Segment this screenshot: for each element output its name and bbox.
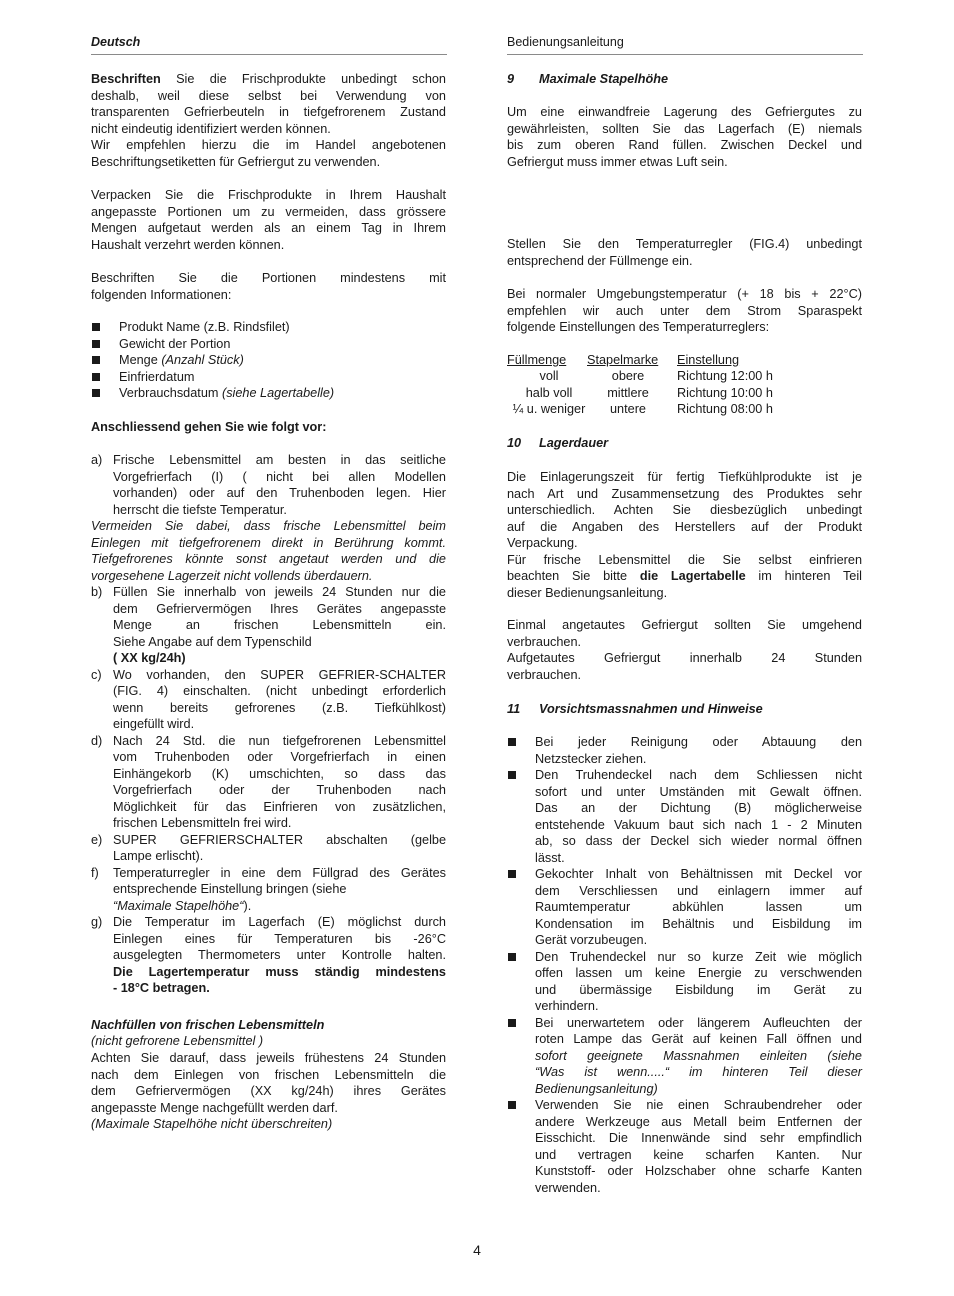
section-title: Lagerdauer: [539, 435, 608, 452]
table-cell: ¼ u. weniger: [507, 401, 591, 418]
section-10-paragraph: beachten Sie bitte die Lagertabelle im h…: [507, 568, 862, 585]
settings-table-header: FüllmengeStapelmarkeEinstellung: [507, 352, 862, 369]
header-rule-left: [91, 54, 447, 55]
step-c: wenn bereits gefrorenes (z.B. Tiefkühlko…: [91, 700, 446, 717]
precaution-text: und übermässige Eisbildung im Gerät zu: [535, 982, 862, 999]
section-9-recommendation: folgende Einstellungen des Temperaturreg…: [507, 319, 862, 336]
step-c: eingefüllt wird.: [91, 716, 446, 733]
table-cell: voll: [507, 368, 591, 385]
precaution-item: Den Truhendeckel nach dem Schliessen nic…: [507, 767, 862, 784]
table-cell: Richtung 08:00 h: [677, 401, 773, 418]
precaution-item: Bei unerwartetem oder längerem Aufleucht…: [507, 1015, 862, 1032]
step-e-text: SUPER GEFRIERSCHALTER abschalten (gelbe: [113, 832, 446, 849]
refill-paragraph: nach dem Einlegen von frischen Lebensmit…: [91, 1067, 446, 1084]
paragraph-labeling: transparenten Gefrierbeuteln in tiefgefr…: [91, 104, 446, 121]
step-a: vorhanden) oder auf den Truhenboden lege…: [91, 485, 446, 502]
step-g-requirement: - 18°C betragen.: [91, 980, 446, 997]
step-a-text: Vorgefrierfach (I) ( nicht bei allen Mod…: [113, 469, 446, 486]
section-10-paragraph: nach Art und Zusammensetzung des Produkt…: [507, 486, 862, 503]
precaution-text: verhindern.: [535, 998, 862, 1015]
section-10-thawed: verbrauchen.: [507, 634, 862, 651]
settings-table-row: ¼ u. wenigeruntereRichtung 08:00 h: [507, 401, 862, 418]
precaution-text: dem Verschliessen und einlagern immer au…: [535, 883, 862, 900]
paragraph-packaging: Verpacken Sie die Frischprodukte in Ihre…: [91, 187, 446, 204]
precaution-text: roten Lampe das Gerät auf keinen Fall öf…: [535, 1031, 862, 1048]
paragraph-labeling: nicht eindeutig identifiziert werden kön…: [91, 121, 446, 138]
precaution-item: Verwenden Sie nie einen Schraubendreher …: [507, 1097, 862, 1114]
settings-table-row: vollobereRichtung 12:00 h: [507, 368, 862, 385]
precaution-item: Bedienungsanleitung): [507, 1081, 862, 1098]
step-g-requirement: Die Lagertemperatur muss ständig mindest…: [91, 964, 446, 981]
section-9-thermostat: Stellen Sie den Temperaturregler (FIG.4)…: [507, 236, 862, 253]
step-f-text: Temperaturregler in eine dem Füllgrad de…: [113, 865, 446, 882]
precaution-item: Gerät vorzubeugen.: [507, 932, 862, 949]
section-10-paragraph: Für frische Lebensmittel die Sie selbst …: [507, 552, 862, 569]
steps-heading: Anschliessend gehen Sie wie folgt vor:: [91, 419, 446, 436]
step-d: vom Truhenboden oder Vorgefrierfach in e…: [91, 749, 446, 766]
storage-temperature-requirement: Die Lagertemperatur muss ständig mindest…: [113, 964, 446, 981]
text-run: Sie die Frischprodukte unbedingt schon: [161, 72, 446, 86]
table-cell: Richtung 12:00 h: [677, 368, 773, 385]
paragraph-labeling: deshalb, weil diese selbst bei Verwendun…: [91, 88, 446, 105]
bullet-italic: (siehe Lagertabelle): [222, 386, 334, 400]
step-a-note: Vermeiden Sie dabei, dass frische Lebens…: [91, 518, 446, 535]
precaution-item: sofort geeignete Massnahmen einleiten (s…: [507, 1048, 862, 1065]
paragraph-labeling: Wir empfehlen hierzu die im Handel angeb…: [91, 137, 446, 154]
step-d-text: frischen Lebensmitteln frei wird.: [113, 815, 446, 832]
paragraph-packaging: angepasste Portionen um zu vermeiden, da…: [91, 204, 446, 221]
bullet-list-item: Menge (Anzahl Stück): [91, 352, 446, 369]
step-d-text: Nach 24 Std. die nun tiefgefrorenen Lebe…: [113, 733, 446, 750]
section-9-recommendation: empfehlen wir auch unter dem Strom Spara…: [507, 303, 862, 320]
precaution-text: offen lassen um keine Energie zu verschw…: [535, 965, 862, 982]
precaution-item: Kondensation im Behältnis und Eisbildung…: [507, 916, 862, 933]
precaution-item: roten Lampe das Gerät auf keinen Fall öf…: [507, 1031, 862, 1048]
bullet-text: Einfrierdatum: [119, 369, 446, 386]
section-number: 10: [507, 436, 521, 450]
precaution-text: Raumtemperatur abkühlen lassen um: [535, 899, 862, 916]
section-9-thermostat: entsprechend der Füllmenge ein.: [507, 253, 862, 270]
table-header-cell: Stapelmarke: [587, 352, 658, 369]
section-10-paragraph: auf die Angaben des Herstellers auf der …: [507, 519, 862, 536]
step-d: frischen Lebensmitteln frei wird.: [91, 815, 446, 832]
refill-heading: Nachfüllen von frischen Lebensmitteln: [91, 1017, 446, 1034]
bullet-list-item: Verbrauchsdatum (siehe Lagertabelle): [91, 385, 446, 402]
step-a: herrscht die tiefste Temperatur.: [91, 502, 446, 519]
precaution-item: Gekochter Inhalt von Behältnissen mit De…: [507, 866, 862, 883]
step-e: Lampe erlischt).: [91, 848, 446, 865]
refill-note: (Maximale Stapelhöhe nicht überschreiten…: [91, 1116, 446, 1133]
precaution-text: Gekochter Inhalt von Behältnissen mit De…: [535, 866, 862, 883]
refill-subheading: (nicht gefrorene Lebensmittel ): [91, 1033, 446, 1050]
precaution-text: Eisschicht. Die Innenwände sind sehr emp…: [535, 1130, 862, 1147]
step-d: d)Nach 24 Std. die nun tiefgefrorenen Le…: [91, 733, 446, 750]
step-a-note: Einlegen mit tiefgefrorenem direkt in Be…: [91, 535, 446, 552]
step-c-text: wenn bereits gefrorenes (z.B. Tiefkühlko…: [113, 700, 446, 717]
bullet-text: Gewicht der Portion: [119, 336, 446, 353]
step-a-text: vorhanden) oder auf den Truhenboden lege…: [113, 485, 446, 502]
step-label: b): [91, 584, 102, 601]
precaution-text: Verwenden Sie nie einen Schraubendreher …: [535, 1097, 862, 1114]
precaution-item: Raumtemperatur abkühlen lassen um: [507, 899, 862, 916]
step-f: f)Temperaturregler in eine dem Füllgrad …: [91, 865, 446, 882]
section-number: 9: [507, 72, 514, 86]
square-bullet-icon: [508, 738, 516, 746]
section-title: Vorsichtsmassnahmen und Hinweise: [539, 701, 763, 718]
precaution-text: sofort geeignete Massnahmen einleiten (s…: [535, 1048, 862, 1065]
precaution-text: Gerät vorzubeugen.: [535, 932, 862, 949]
table-cell: Richtung 10:00 h: [677, 385, 773, 402]
precaution-item: Den Truhendeckel nur so kurze Zeit wie m…: [507, 949, 862, 966]
capacity-value: ( XX kg/24h): [113, 650, 446, 667]
paragraph-portions: Beschriften Sie die Portionen mindestens…: [91, 270, 446, 287]
precaution-text: andere Werkzeuge aus Metall beim Entfern…: [535, 1114, 862, 1131]
bullet-list-item: Gewicht der Portion: [91, 336, 446, 353]
step-label: d): [91, 733, 102, 750]
step-b-text: Menge an frischen Lebensmitteln ein.: [113, 617, 446, 634]
step-c-text: (FIG. 4) einschalten. (nicht unbedingt e…: [113, 683, 446, 700]
step-a: Vorgefrierfach (I) ( nicht bei allen Mod…: [91, 469, 446, 486]
step-d: Einhängekorb (K) umschichten, so dass da…: [91, 766, 446, 783]
section-9-heading: 9Maximale Stapelhöhe: [507, 71, 862, 88]
precaution-item: lässt.: [507, 850, 862, 867]
section-10-thawed: Aufgetautes Gefriergut innerhalb 24 Stun…: [507, 650, 862, 667]
header-manual-title: Bedienungsanleitung: [507, 35, 624, 49]
step-d: Vorgefrierfach oder der Truhenboden nach: [91, 782, 446, 799]
paragraph-packaging: Mengen aufgetaut werden als an einem Tag…: [91, 220, 446, 237]
step-c: (FIG. 4) einschalten. (nicht unbedingt e…: [91, 683, 446, 700]
step-a-note: Tiefgefrorenes könnte sonst angetaut wer…: [91, 551, 446, 568]
refill-paragraph: dem Gefriervermögen (XX kg/24h) ihres Ge…: [91, 1083, 446, 1100]
step-label: c): [91, 667, 102, 684]
bullet-text: Produkt Name (z.B. Rindsfilet): [119, 319, 446, 336]
precaution-text: und vertragen keine scharfen Kanten. Nur: [535, 1147, 862, 1164]
square-bullet-icon: [92, 323, 100, 331]
step-c: c)Wo vorhanden, den SUPER GEFRIER-SCHALT…: [91, 667, 446, 684]
table-header-cell: Füllmenge: [507, 352, 566, 369]
step-b-capacity: ( XX kg/24h): [91, 650, 446, 667]
precaution-item: Kunststoff- oder Holzschaber ohne scharf…: [507, 1163, 862, 1180]
table-cell: mittlere: [597, 385, 659, 402]
precaution-text: sofort und unter Umständen mit Gewalt öf…: [535, 784, 862, 801]
step-f-text: entsprechende Einstellung bringen (siehe: [113, 881, 446, 898]
step-a-text: Frische Lebensmittel am besten in das se…: [113, 452, 446, 469]
precaution-text: Den Truhendeckel nach dem Schliessen nic…: [535, 767, 862, 784]
step-f: entsprechende Einstellung bringen (siehe: [91, 881, 446, 898]
bullet-text: Menge (Anzahl Stück): [119, 352, 446, 369]
step-b: Menge an frischen Lebensmitteln ein.: [91, 617, 446, 634]
precaution-text: “Was ist wenn.....“ im hinteren Teil die…: [535, 1064, 862, 1081]
bold-lead: Beschriften: [91, 72, 161, 86]
precaution-text: Bei unerwartetem oder längerem Aufleucht…: [535, 1015, 862, 1032]
step-g-text: Die Temperatur im Lagerfach (E) möglichs…: [113, 914, 446, 931]
step-b: dem Gefriervermögen Ihres Gerätes angepa…: [91, 601, 446, 618]
precaution-text: entstehende Vakuum baut sich nach 1 - 2 …: [535, 817, 862, 834]
square-bullet-icon: [92, 340, 100, 348]
storage-temperature-requirement: - 18°C betragen.: [113, 980, 446, 997]
step-label: f): [91, 865, 99, 882]
bullet-italic: (Anzahl Stück): [161, 353, 244, 367]
section-reference: “Maximale Stapelhöhe“: [113, 899, 243, 913]
refill-paragraph: Achten Sie darauf, dass jeweils früheste…: [91, 1050, 446, 1067]
precaution-item: sofort und unter Umständen mit Gewalt öf…: [507, 784, 862, 801]
section-title: Maximale Stapelhöhe: [539, 71, 668, 88]
step-d-text: vom Truhenboden oder Vorgefrierfach in e…: [113, 749, 446, 766]
precaution-item: offen lassen um keine Energie zu verschw…: [507, 965, 862, 982]
square-bullet-icon: [92, 356, 100, 364]
square-bullet-icon: [508, 1101, 516, 1109]
step-d: Möglichkeit für das Einfrieren von zusät…: [91, 799, 446, 816]
step-label: e): [91, 832, 102, 849]
step-g: ausgelegten Thermometers unter Kontrolle…: [91, 947, 446, 964]
step-g-text: ausgelegten Thermometers unter Kontrolle…: [113, 947, 446, 964]
step-d-text: Vorgefrierfach oder der Truhenboden nach: [113, 782, 446, 799]
step-label: g): [91, 914, 102, 931]
section-9-paragraph: Gefriergut muss immer etwas Luft sein.: [507, 154, 862, 171]
text-run: ).: [243, 899, 251, 913]
bullet-text: Verbrauchsdatum (siehe Lagertabelle): [119, 385, 446, 402]
precaution-item: andere Werkzeuge aus Metall beim Entfern…: [507, 1114, 862, 1131]
section-9-paragraph: gewährleisten, sollten Sie das Lagerfach…: [507, 121, 862, 138]
paragraph-packaging: Haushalt verzehrt werden können.: [91, 237, 446, 254]
precaution-item: Eisschicht. Die Innenwände sind sehr emp…: [507, 1130, 862, 1147]
section-10-heading: 10Lagerdauer: [507, 435, 862, 452]
precaution-text: ab, so dass der Deckel sich wieder norma…: [535, 833, 862, 850]
section-10-thawed: verbrauchen.: [507, 667, 862, 684]
precaution-text: Bei jeder Reinigung oder Abtauung den: [535, 734, 862, 751]
step-b-text: dem Gefriervermögen Ihres Gerätes angepa…: [113, 601, 446, 618]
bullet-list-item: Produkt Name (z.B. Rindsfilet): [91, 319, 446, 336]
table-header-cell: Einstellung: [677, 352, 739, 369]
section-9-recommendation: Bei normaler Umgebungstemperatur (+ 18 b…: [507, 286, 862, 303]
step-a-note: vorgesehene Lagerzeit nicht vollends übe…: [91, 568, 446, 585]
bullet-list-item: Einfrierdatum: [91, 369, 446, 386]
step-b: Siehe Angabe auf dem Typenschild: [91, 634, 446, 651]
step-f-ref-text: “Maximale Stapelhöhe“).: [113, 898, 446, 915]
square-bullet-icon: [92, 373, 100, 381]
step-c-text: eingefüllt wird.: [113, 716, 446, 733]
section-10-paragraph: Verpackung.: [507, 535, 862, 552]
precaution-item: Netzstecker ziehen.: [507, 751, 862, 768]
step-e-text: Lampe erlischt).: [113, 848, 446, 865]
table-cell: untere: [597, 401, 659, 418]
square-bullet-icon: [92, 389, 100, 397]
refill-paragraph: angepasste Menge nachgefüllt werden darf…: [91, 1100, 446, 1117]
precaution-item: ab, so dass der Deckel sich wieder norma…: [507, 833, 862, 850]
step-b-text: Siehe Angabe auf dem Typenschild: [113, 634, 446, 651]
section-10-paragraph: Die Einlagerungszeit für fertig Tiefkühl…: [507, 469, 862, 486]
precaution-item: dem Verschliessen und einlagern immer au…: [507, 883, 862, 900]
precaution-item: und übermässige Eisbildung im Gerät zu: [507, 982, 862, 999]
step-d-text: Einhängekorb (K) umschichten, so dass da…: [113, 766, 446, 783]
header-language: Deutsch: [91, 35, 140, 49]
settings-table-row: halb vollmittlereRichtung 10:00 h: [507, 385, 862, 402]
paragraph-labeling: Beschriften Sie die Frischprodukte unbed…: [91, 71, 446, 88]
paragraph-portions: folgenden Informationen:: [91, 287, 446, 304]
storage-table-reference: die Lagertabelle: [640, 569, 746, 583]
section-10-thawed: Einmal angetautes Gefriergut sollten Sie…: [507, 617, 862, 634]
square-bullet-icon: [508, 953, 516, 961]
precaution-text: lässt.: [535, 850, 862, 867]
step-g: g)Die Temperatur im Lagerfach (E) möglic…: [91, 914, 446, 931]
precaution-text: Das an der Dichtung (B) möglicherweise: [535, 800, 862, 817]
square-bullet-icon: [508, 1019, 516, 1027]
text-run: beachten Sie bitte: [507, 569, 640, 583]
precaution-item: verwenden.: [507, 1180, 862, 1197]
precaution-item: entstehende Vakuum baut sich nach 1 - 2 …: [507, 817, 862, 834]
text-run: im hinteren Teil: [746, 569, 862, 583]
table-cell: halb voll: [507, 385, 591, 402]
step-a-text: herrscht die tiefste Temperatur.: [113, 502, 446, 519]
precaution-text: Kunststoff- oder Holzschaber ohne scharf…: [535, 1163, 862, 1180]
paragraph-labeling: Beschriftungsetiketten für Gefriergut zu…: [91, 154, 446, 171]
step-c-text: Wo vorhanden, den SUPER GEFRIER-SCHALTER: [113, 667, 446, 684]
step-d-text: Möglichkeit für das Einfrieren von zusät…: [113, 799, 446, 816]
step-e: e)SUPER GEFRIERSCHALTER abschalten (gelb…: [91, 832, 446, 849]
section-9-paragraph: bis zum oberen Rand füllen. Zwischen Dec…: [507, 137, 862, 154]
step-g-text: Einlegen eines für Temperaturen bis -26°…: [113, 931, 446, 948]
precaution-item: und vertragen keine scharfen Kanten. Nur: [507, 1147, 862, 1164]
step-b-text: Füllen Sie innerhalb von jeweils 24 Stun…: [113, 584, 446, 601]
step-b: b)Füllen Sie innerhalb von jeweils 24 St…: [91, 584, 446, 601]
precaution-item: “Was ist wenn.....“ im hinteren Teil die…: [507, 1064, 862, 1081]
page-number: 4: [0, 1242, 954, 1258]
section-10-paragraph: unterschiedlich. Achten Sie diesbezüglic…: [507, 502, 862, 519]
step-g: Einlegen eines für Temperaturen bis -26°…: [91, 931, 446, 948]
precaution-item: Bei jeder Reinigung oder Abtauung den: [507, 734, 862, 751]
step-f-ref: “Maximale Stapelhöhe“).: [91, 898, 446, 915]
precaution-item: verhindern.: [507, 998, 862, 1015]
square-bullet-icon: [508, 870, 516, 878]
section-10-paragraph: dieser Bedienungsanleitung.: [507, 585, 862, 602]
section-9-paragraph: Um eine einwandfreie Lagerung des Gefrie…: [507, 104, 862, 121]
section-number: 11: [507, 702, 520, 716]
precaution-text: Den Truhendeckel nur so kurze Zeit wie m…: [535, 949, 862, 966]
precaution-text: Bedienungsanleitung): [535, 1081, 862, 1098]
precaution-text: Kondensation im Behältnis und Eisbildung…: [535, 916, 862, 933]
precaution-item: Das an der Dichtung (B) möglicherweise: [507, 800, 862, 817]
table-cell: obere: [597, 368, 659, 385]
square-bullet-icon: [508, 771, 516, 779]
section-11-heading: 11Vorsichtsmassnahmen und Hinweise: [507, 701, 862, 718]
precaution-text: Netzstecker ziehen.: [535, 751, 862, 768]
step-a: a)Frische Lebensmittel am besten in das …: [91, 452, 446, 469]
precaution-text: verwenden.: [535, 1180, 862, 1197]
header-rule-right: [507, 54, 863, 55]
step-label: a): [91, 452, 102, 469]
